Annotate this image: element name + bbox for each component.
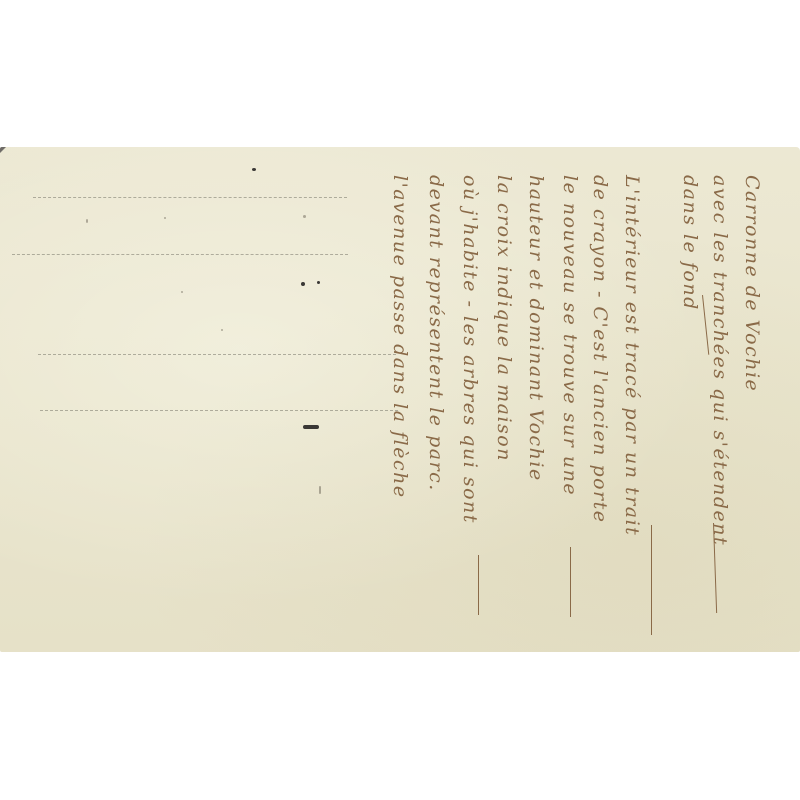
ink-speck (181, 291, 183, 293)
message-line: où j'habite - les arbres qui sont (458, 175, 488, 645)
ink-speck (303, 215, 306, 218)
handwritten-message: Carronne de Vochie avec les tranchées qu… (380, 175, 780, 645)
ink-speck (317, 281, 320, 284)
message-line: avec les tranchées qui s'étendent (708, 175, 738, 645)
ink-speck (301, 282, 305, 286)
message-line: hauteur et dominant Vochie (524, 175, 554, 645)
postcard-back: Carronne de Vochie avec les tranchées qu… (0, 147, 800, 652)
message-line: la croix indique la maison (492, 175, 522, 645)
scan-background: Carronne de Vochie avec les tranchées qu… (0, 0, 800, 800)
pen-underline (478, 555, 479, 615)
address-line-4 (40, 410, 398, 411)
pen-underline (651, 525, 652, 635)
pen-underline (570, 547, 571, 617)
ink-dash (303, 425, 319, 429)
message-line: le nouveau se trouve sur une (558, 175, 588, 645)
ink-speck (221, 329, 223, 331)
message-line: L'intérieur est tracé par un trait (620, 175, 650, 645)
corner-wear (0, 147, 6, 153)
address-line-2 (12, 254, 348, 255)
message-line: de crayon - C'est l'ancien porte (588, 175, 618, 645)
address-line-3 (38, 354, 396, 355)
ink-speck (164, 217, 166, 219)
message-line: l'avenue passe dans la flèche (388, 175, 418, 645)
message-line: Carronne de Vochie (740, 175, 770, 645)
address-line-1 (33, 197, 347, 198)
ink-speck (252, 168, 256, 171)
message-line: dans le fond (678, 175, 708, 645)
ink-speck (86, 219, 88, 223)
ink-dash (319, 486, 321, 494)
message-line: devant représentent le parc. (424, 175, 454, 645)
